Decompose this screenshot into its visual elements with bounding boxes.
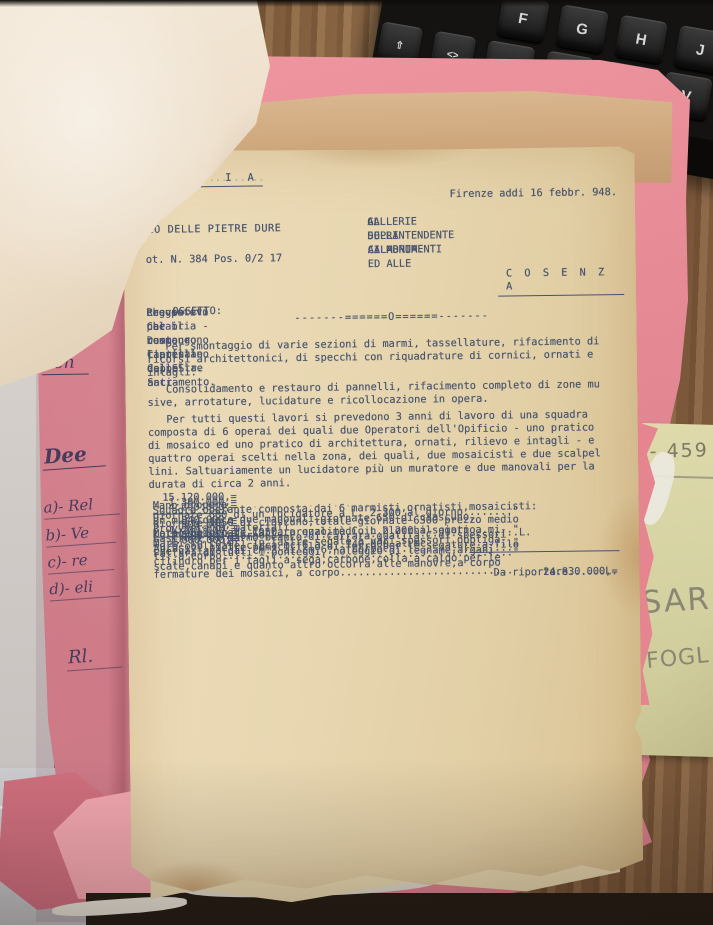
item-amount: 4.290.000,=	[153, 501, 237, 515]
item-amount: 1.000.000,=	[153, 534, 237, 548]
sender-office-line: IO DELLE PIETRE DURE	[147, 222, 281, 237]
handwritten-initials: Rl.	[65, 644, 122, 672]
key-j: J	[674, 25, 713, 75]
item-description: Fattura di tutti i ponteggi, noleggio di…	[153, 544, 500, 574]
handwritten-list-item: c)- re	[47, 549, 114, 575]
note-word-large: SARE	[641, 580, 713, 621]
key-h: H	[614, 15, 668, 65]
handwritten-list-item: b)- Ve	[45, 522, 116, 548]
handwritten-list-heading: Dee	[41, 440, 105, 470]
handwritten-list-item: d)- eli	[49, 576, 120, 602]
note-word-small: FOGL	[645, 643, 710, 674]
photo-top-shadow	[0, 0, 713, 7]
key-g: G	[555, 4, 609, 54]
paragraph: Per smontaggio di varie sezioni di marmi…	[147, 335, 625, 380]
typed-separator: -------======O======-------	[294, 308, 624, 325]
carry-forward-amount: 24.830.000,=	[543, 565, 618, 579]
protocol-number-line: ot. N. 384 Pos. 0/2 17	[146, 252, 283, 267]
letter-content: P I A .................. Firenze addi 16…	[122, 145, 643, 896]
letter-header: Firenze addi 16 febbr. 948. IO DELLE PIE…	[145, 182, 624, 300]
typewritten-letter: P I A .................. Firenze addi 16…	[122, 145, 643, 896]
paragraph: Per tutti questi lavori si prevedono 3 a…	[148, 408, 627, 492]
date-line: Firenze addi 16 febbr. 948.	[450, 186, 618, 201]
paragraph: Consolidamento e restauro di pannelli, r…	[147, 378, 625, 410]
destination-city: C O S E N Z A	[498, 266, 624, 297]
photo-of-desk-with-documents: F G H J K ⇧ <> Z X C V B N M Ten Dee a)-…	[0, 0, 713, 925]
handwritten-list-item: a)- Rel	[43, 493, 120, 519]
addressee-line: GALLERIE DELLA CALABRIA.	[367, 214, 423, 257]
subject-block: OGGETTO: Reggio Calabria - Duomo - Cappe…	[146, 300, 624, 306]
